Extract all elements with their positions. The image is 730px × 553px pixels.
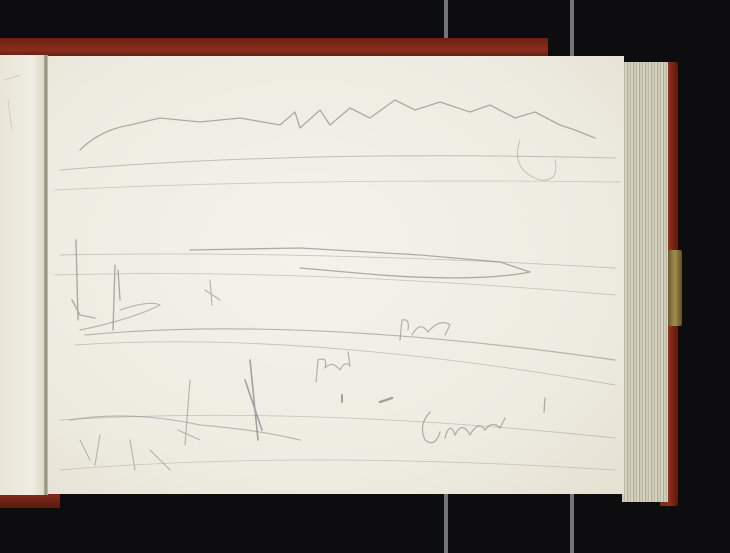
pencil-sketch <box>0 0 730 553</box>
